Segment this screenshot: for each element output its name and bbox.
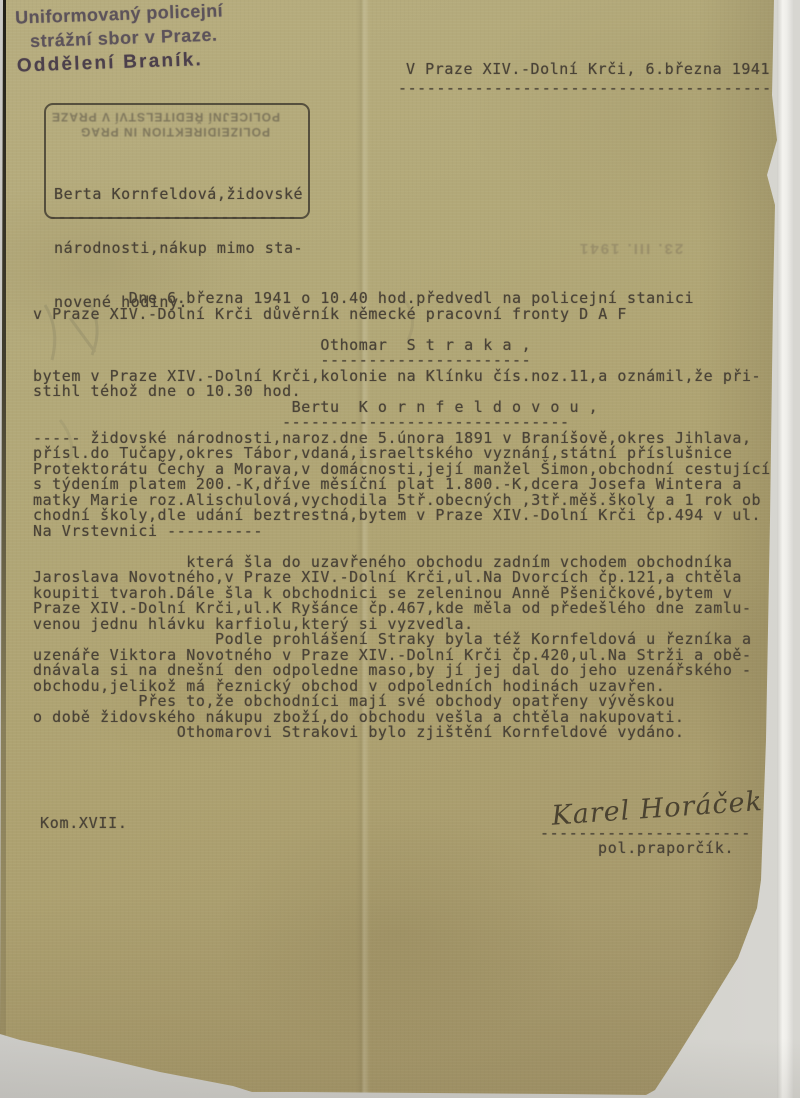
- subject-line: Berta Kornfeldová,židovské: [54, 185, 303, 203]
- report-body: Dne 6.března 1941 o 10.40 hod.předvedl n…: [33, 291, 771, 741]
- ghost-stamp-line: POLICEJNÍ ŘEDITELSTVÍ V PRAZE: [70, 109, 280, 124]
- paper-left-edge-shadow: [0, 0, 6, 1038]
- received-date-stamp: 23. III. 1941: [578, 240, 683, 257]
- signature-rank: pol.praporčík.: [598, 839, 734, 857]
- ghost-stamp-line: POLIZEIDIREKTION IN PRAG: [70, 124, 280, 139]
- date-underline: ---------------------------------------: [398, 79, 772, 97]
- stamp-line: strážní sbor v Praze.: [30, 24, 224, 52]
- subject-reference-box: POLIZEIDIREKTION IN PRAG POLICEJNÍ ŘEDIT…: [44, 103, 310, 219]
- police-directorate-ghost-stamp: POLIZEIDIREKTION IN PRAG POLICEJNÍ ŘEDIT…: [70, 109, 280, 139]
- commissariat-number: Kom.XVII.: [40, 814, 128, 832]
- police-unit-stamp: Uniformovaný policejní strážní sbor v Pr…: [15, 0, 225, 77]
- document-page: Uniformovaný policejní strážní sbor v Pr…: [0, 0, 793, 1098]
- date-line: V Praze XIV.-Dolní Krči, 6.března 1941.: [406, 60, 780, 78]
- stamp-line: Uniformovaný policejní: [15, 0, 223, 28]
- typed-line: v Praze XIV.-Dolní Krči důvěrník německé…: [33, 307, 771, 323]
- subject-box-dashes: --------------------------: [48, 208, 297, 226]
- typed-line: Othomarovi Strakovi bylo zjištění Kornfe…: [33, 725, 771, 741]
- typed-line: Na Vrstevnici ----------: [33, 524, 771, 540]
- scanner-background-band: [777, 0, 793, 1098]
- subject-line: národnosti,nákup mimo sta-: [54, 239, 303, 257]
- scanned-document: Uniformovaný policejní strážní sbor v Pr…: [0, 0, 800, 1098]
- stamp-line: Oddělení Braník.: [17, 48, 225, 77]
